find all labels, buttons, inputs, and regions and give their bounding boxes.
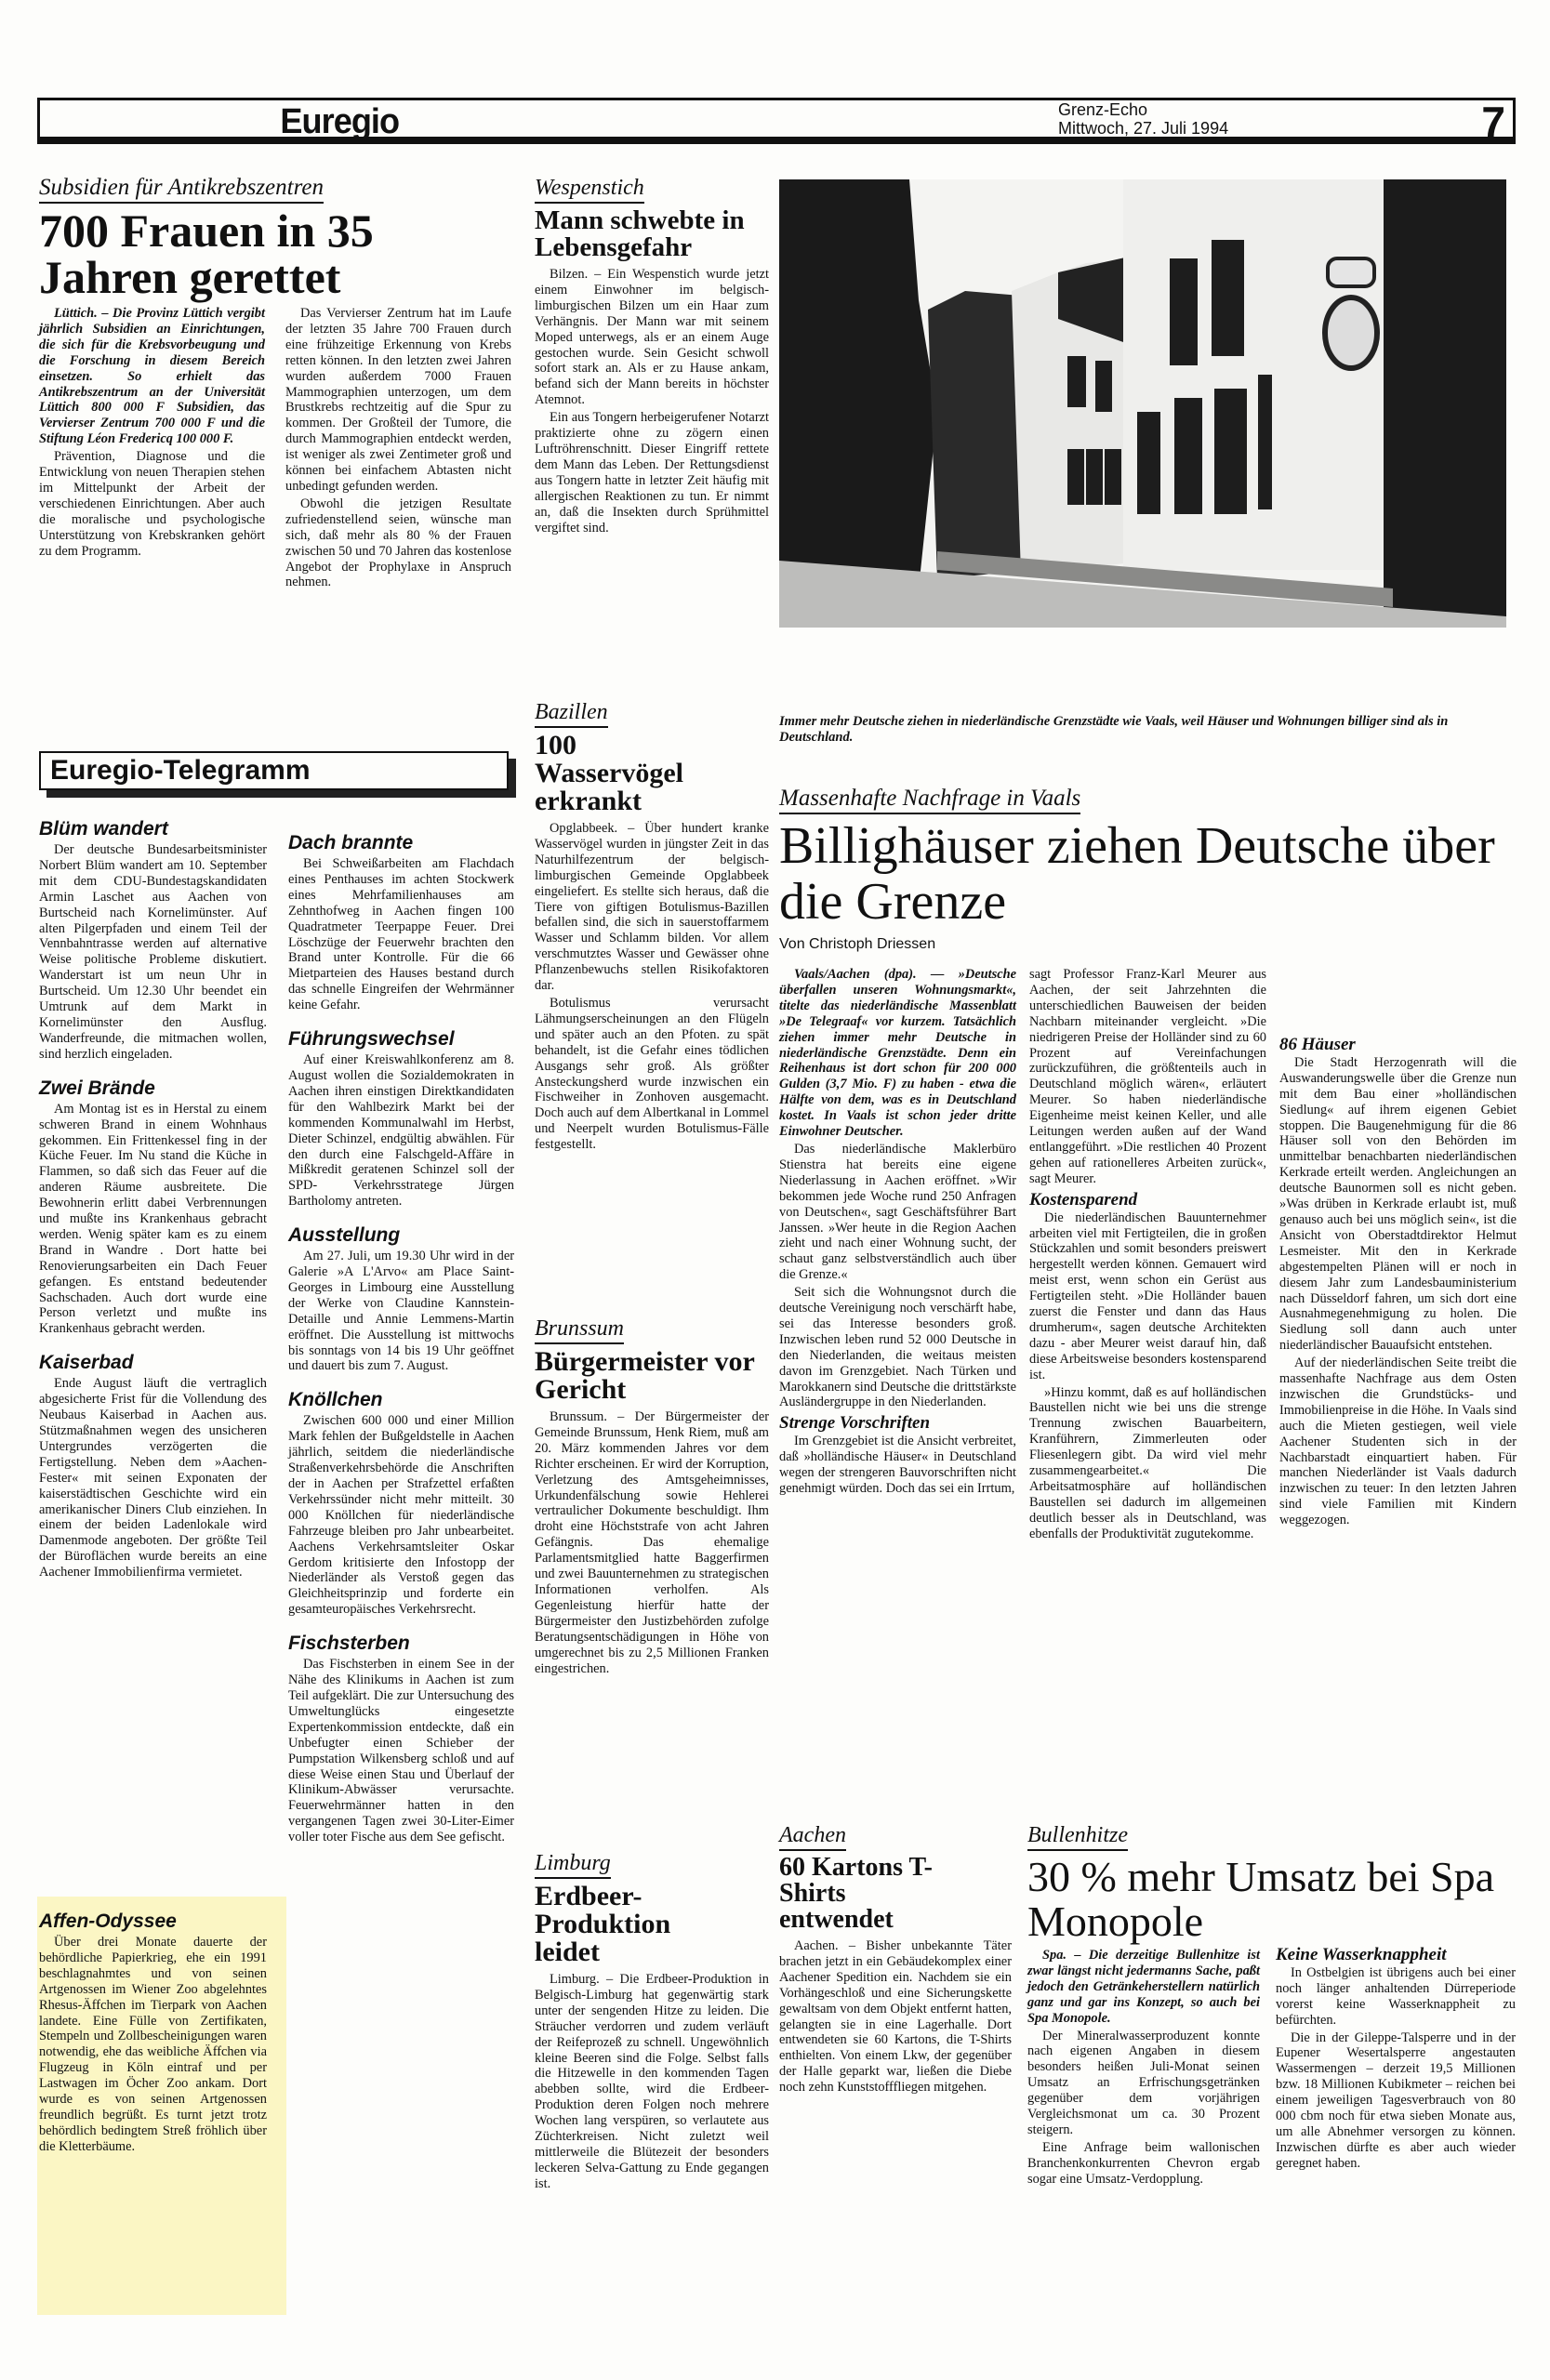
article-paragraph: sagt Professor Franz-Karl Meurer aus Aac… [1029,967,1266,1187]
article-subhead: 86 Häuser [1279,1038,1517,1053]
telegramm-item-head: Zwei Brände [39,1078,267,1100]
article-body: Aachen. – Bisher unbekannte Täter brache… [779,1938,1012,2096]
article-paragraph: Auf der niederländischen Seite treibt di… [1279,1355,1517,1528]
article-body: Opglabbeek. – Über hundert kranke Wasser… [535,821,769,1153]
article-paragraph: Im Grenzgebiet ist die Ansicht verbreite… [779,1434,1016,1497]
article-spa-col2: Keine Wasserknappheit In Ostbelgien ist … [1276,1948,1516,2174]
article-limburg: Limburg Erdbeer-Produktion leidet Limbur… [535,1850,769,2194]
article-paragraph: Das Vervierser Zentrum hat im Laufe der … [285,306,511,495]
article-paragraph: In Ostbelgien ist übrigens auch bei eine… [1276,1965,1516,2029]
article-column: Lüttich. – Die Provinz Lüttich vergibt j… [39,306,265,592]
article-kicker: Brunssum [535,1316,624,1344]
article-kicker: Subsidien für Antikrebszentren [39,175,324,204]
photo-caption: Immer mehr Deutsche ziehen in niederländ… [779,714,1506,746]
article-headline: 30 % mehr Umsatz bei Spa Monopole [1027,1855,1511,1945]
article-body: Limburg. – Die Erdbeer-Produktion in Bel… [535,1972,769,2192]
article-vaals-col2: sagt Professor Franz-Karl Meurer aus Aac… [1029,967,1266,1544]
telegramm-column-left: Blüm wandert Der deutsche Bundesarbeitsm… [39,809,267,1582]
telegramm-item-head: Kaiserbad [39,1352,267,1374]
article-paragraph: Die niederländischen Bauunternehmer arbe… [1029,1210,1266,1383]
article-byline: Von Christoph Driessen [779,936,1514,953]
telegramm-item-head: Blüm wandert [39,818,267,840]
article-paragraph: Obwohl die jetzigen Resultate zufriedens… [285,496,511,590]
article-paragraph: Ein aus Tongern herbeigerufener Notarzt … [535,410,769,535]
telegramm-item-text: Bei Schweißarbeiten am Flachdach eines P… [288,856,514,1013]
section-title: Euregio [280,102,399,142]
masthead: Euregio Grenz-Echo Mittwoch, 27. Juli 19… [37,98,1516,144]
article-body: Bilzen. – Ein Wespenstich wurde jetzt ei… [535,267,769,535]
telegramm-item-head: Knöllchen [288,1389,514,1411]
telegramm-section: Euregio-Telegramm [39,751,509,790]
article-kicker: Aachen [779,1822,846,1851]
telegramm-item-text: Auf einer Kreiswahlkonferenz am 8. Augus… [288,1052,514,1210]
telegramm-item-text: Am Montag ist es in Herstal zu einem sch… [39,1102,267,1338]
paper-name: Grenz-Echo [1058,100,1228,119]
article-antikrebs: Subsidien für Antikrebszentren 700 Fraue… [39,175,523,592]
article-kicker: Massenhafte Nachfrage in Vaals [779,786,1080,814]
page-number: 7 [1481,97,1505,147]
article-vaals-col3: 86 Häuser Die Stadt Herzogenrath will di… [1279,1032,1517,1530]
telegramm-item-head: Führungswechsel [288,1028,514,1051]
article-kicker: Bazillen [535,699,608,728]
article-lead: Vaals/Aachen (dpa). — »Deutsche überfall… [779,967,1016,1140]
article-vaals: Massenhafte Nachfrage in Vaals Billighäu… [779,786,1514,953]
article-column: Das Vervierser Zentrum hat im Laufe der … [285,306,511,592]
article-headline: Bürgermeister vor Gericht [535,1348,769,1404]
article-headline: 60 Kartons T-Shirts entwendet [779,1855,956,1933]
article-paragraph: Die in der Gileppe-Talsperre und in der … [1276,2030,1516,2172]
article-paragraph: »Hinzu kommt, daß es auf holländischen B… [1029,1385,1266,1542]
article-paragraph: Der Mineralwasserproduzent konnte nach e… [1027,2029,1260,2138]
article-spa-col1: Spa. – Die derzeitige Bullenhitze ist zw… [1027,1948,1260,2189]
article-kicker: Wespenstich [535,175,644,204]
article-paragraph: Limburg. – Die Erdbeer-Produktion in Bel… [535,1972,769,2192]
article-headline: Billighäuser ziehen Deutsche über die Gr… [779,818,1514,931]
article-paragraph: Eine Anfrage beim wallonischen Branchenk… [1027,2140,1260,2188]
article-paragraph: Aachen. – Bisher unbekannte Täter brache… [779,1938,1012,2096]
news-photo [779,179,1506,628]
article-paragraph: Seit sich die Wohnungsnot durch die deut… [779,1285,1016,1410]
article-kicker: Limburg [535,1850,611,1879]
article-subhead: Keine Wasserknappheit [1276,1948,1516,1963]
article-subhead: Strenge Vorschriften [779,1416,1016,1432]
street-houses-photo-icon [779,179,1506,628]
telegramm-item-head: Ausstellung [288,1224,514,1247]
article-paragraph: Die Stadt Herzogenrath will die Auswande… [1279,1055,1517,1354]
article-headline: 700 Frauen in 35 Jahren gerettet [39,207,430,300]
telegramm-item-affen: Affen-Odyssee Über drei Monate dauerte d… [39,1901,267,2157]
telegramm-item-text: Über drei Monate dauerte der behördliche… [39,1935,267,2155]
telegramm-item-text: Am 27. Juli, um 19.30 Uhr wird in der Ga… [288,1249,514,1374]
telegramm-item-head: Fischsterben [288,1633,514,1655]
telegramm-column-right: Dach brannte Bei Schweißarbeiten am Flac… [288,823,514,1847]
article-paragraph: Das niederländische Maklerbüro Stienstra… [779,1142,1016,1283]
telegramm-item-text: Ende August läuft die vertraglich abgesi… [39,1376,267,1580]
article-bazillen: Bazillen 100 Wasservögel erkrankt Opglab… [535,699,769,1155]
telegramm-title: Euregio-Telegramm [39,751,509,790]
article-lead: Lüttich. – Die Provinz Lüttich vergibt j… [39,306,265,447]
issue-date: Mittwoch, 27. Juli 1994 [1058,119,1228,138]
paper-info: Grenz-Echo Mittwoch, 27. Juli 1994 [1058,100,1228,138]
article-spa: Bullenhitze 30 % mehr Umsatz bei Spa Mon… [1027,1822,1511,1950]
article-headline: 100 Wasservögel erkrankt [535,732,721,815]
article-brunssum: Brunssum Bürgermeister vor Gericht Bruns… [535,1316,769,1678]
article-lead: Spa. – Die derzeitige Bullenhitze ist zw… [1027,1948,1260,2027]
telegramm-item-text: Das Fischsterben in einem See in der Näh… [288,1657,514,1845]
article-headline: Erdbeer-Produktion leidet [535,1883,721,1966]
article-wespenstich: Wespenstich Mann schwebte in Lebensgefah… [535,175,769,537]
article-vaals-col1: Vaals/Aachen (dpa). — »Deutsche überfall… [779,967,1016,1499]
article-kicker: Bullenhitze [1027,1822,1128,1851]
article-headline: Mann schwebte in Lebensgefahr [535,207,769,261]
telegramm-item-head: Affen-Odyssee [39,1911,267,1933]
article-aachen: Aachen 60 Kartons T-Shirts entwendet Aac… [779,1822,1012,2097]
article-body: Brunssum. – Der Bürgermeister der Gemein… [535,1409,769,1676]
article-paragraph: Botulismus verursacht Lähmungserscheinun… [535,996,769,1153]
article-paragraph: Prävention, Diagnose und die Entwicklung… [39,449,265,559]
article-paragraph: Bilzen. – Ein Wespenstich wurde jetzt ei… [535,267,769,408]
article-paragraph: Opglabbeek. – Über hundert kranke Wasser… [535,821,769,994]
article-paragraph: Brunssum. – Der Bürgermeister der Gemein… [535,1409,769,1676]
article-subhead: Kostensparend [1029,1193,1266,1209]
telegramm-item-text: Zwischen 600 000 und einer Million Mark … [288,1413,514,1618]
telegramm-item-head: Dach brannte [288,832,514,854]
telegramm-item-text: Der deutsche Bundesarbeitsminister Norbe… [39,842,267,1063]
